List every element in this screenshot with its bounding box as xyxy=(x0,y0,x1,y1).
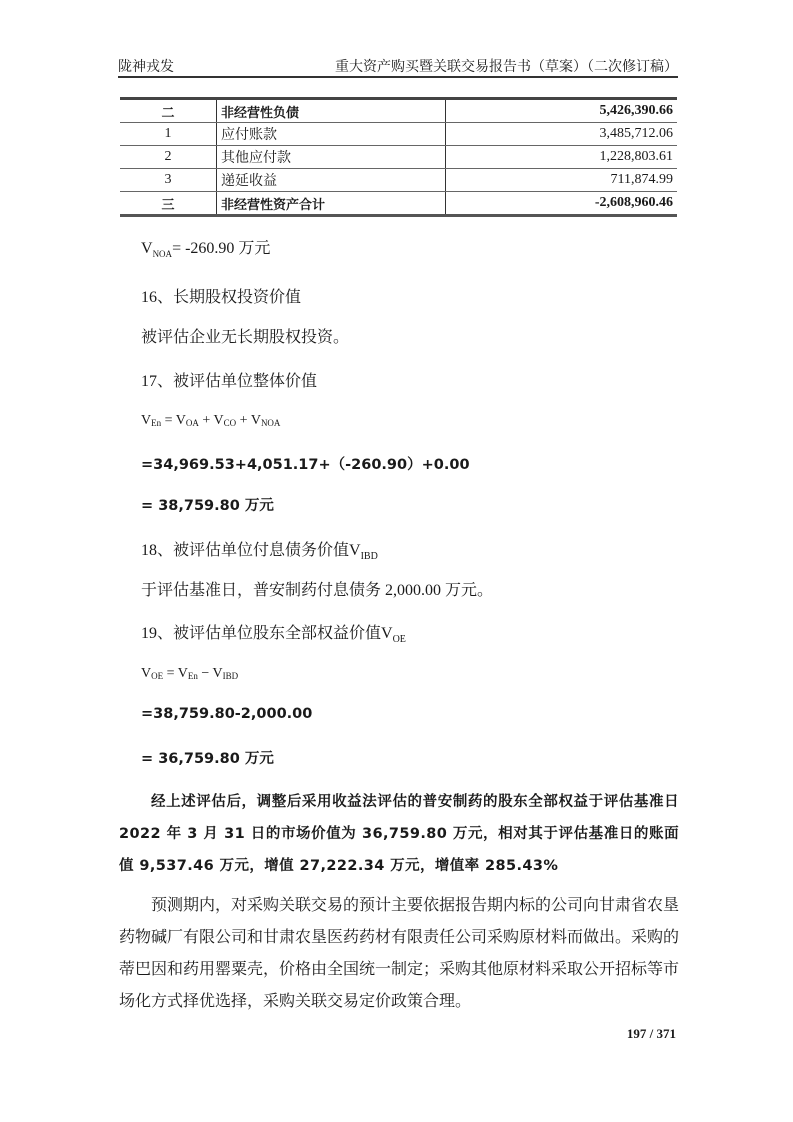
row-name: 非经营性负债 xyxy=(217,99,446,123)
table-row-total: 三 非经营性资产合计 -2,608,960.46 xyxy=(120,192,677,216)
section-18-title: 18、被评估单位付息债务价值VIBD xyxy=(141,537,378,562)
table-row: 1 应付账款 3,485,712.06 xyxy=(120,123,677,146)
row-index: 2 xyxy=(120,146,217,169)
table-row: 2 其他应付款 1,228,803.61 xyxy=(120,146,677,169)
row-name: 递延收益 xyxy=(217,169,446,192)
section-17-title: 17、被评估单位整体价值 xyxy=(141,368,317,391)
vnoa-result: VNOA= -260.90 万元 xyxy=(141,235,270,259)
section-19-calculation: =38,759.80-2,000.00 xyxy=(141,706,312,722)
valuation-conclusion: 经上述评估后，调整后采用收益法评估的普安制药的股东全部权益于评估基准日 2022… xyxy=(119,786,679,882)
row-name: 其他应付款 xyxy=(217,146,446,169)
row-value: 1,228,803.61 xyxy=(446,146,678,169)
header-company: 陇神戎发 xyxy=(118,56,174,76)
row-index: 二 xyxy=(120,99,217,123)
section-19-title: 19、被评估单位股东全部权益价值VOE xyxy=(141,620,406,645)
page-number: 197 / 371 xyxy=(627,1026,676,1042)
section-18-text: 于评估基准日，普安制药付息债务 2,000.00 万元。 xyxy=(141,577,493,600)
section-17-formula: VEn = VOA + VCO + VNOA xyxy=(141,413,280,429)
row-value: 3,485,712.06 xyxy=(446,123,678,146)
row-value: 711,874.99 xyxy=(446,169,678,192)
row-index: 三 xyxy=(120,192,217,216)
section-19-result: = 36,759.80 万元 xyxy=(141,747,274,768)
row-index: 3 xyxy=(120,169,217,192)
section-17-result: = 38,759.80 万元 xyxy=(141,494,274,515)
row-value: -2,608,960.46 xyxy=(446,192,678,216)
row-name: 应付账款 xyxy=(217,123,446,146)
non-operating-table: 二 非经营性负债 5,426,390.66 1 应付账款 3,485,712.0… xyxy=(120,97,677,217)
forecast-paragraph: 预测期内，对采购关联交易的预计主要依据报告期内标的公司向甘肃省农垦药物碱厂有限公… xyxy=(119,890,679,1018)
section-16-title: 16、长期股权投资价值 xyxy=(141,284,301,307)
row-name: 非经营性资产合计 xyxy=(217,192,446,216)
table-row: 3 递延收益 711,874.99 xyxy=(120,169,677,192)
section-16-text: 被评估企业无长期股权投资。 xyxy=(141,324,349,347)
page-header: 陇神戎发 重大资产购买暨关联交易报告书（草案）（二次修订稿） xyxy=(118,54,678,78)
row-value: 5,426,390.66 xyxy=(446,99,678,123)
section-17-calculation: =34,969.53+4,051.17+（-260.90）+0.00 xyxy=(141,453,470,474)
table-row: 二 非经营性负债 5,426,390.66 xyxy=(120,99,677,123)
row-index: 1 xyxy=(120,123,217,146)
header-document-title: 重大资产购买暨关联交易报告书（草案）（二次修订稿） xyxy=(335,56,678,76)
section-19-formula: VOE = VEn − VIBD xyxy=(141,666,238,682)
